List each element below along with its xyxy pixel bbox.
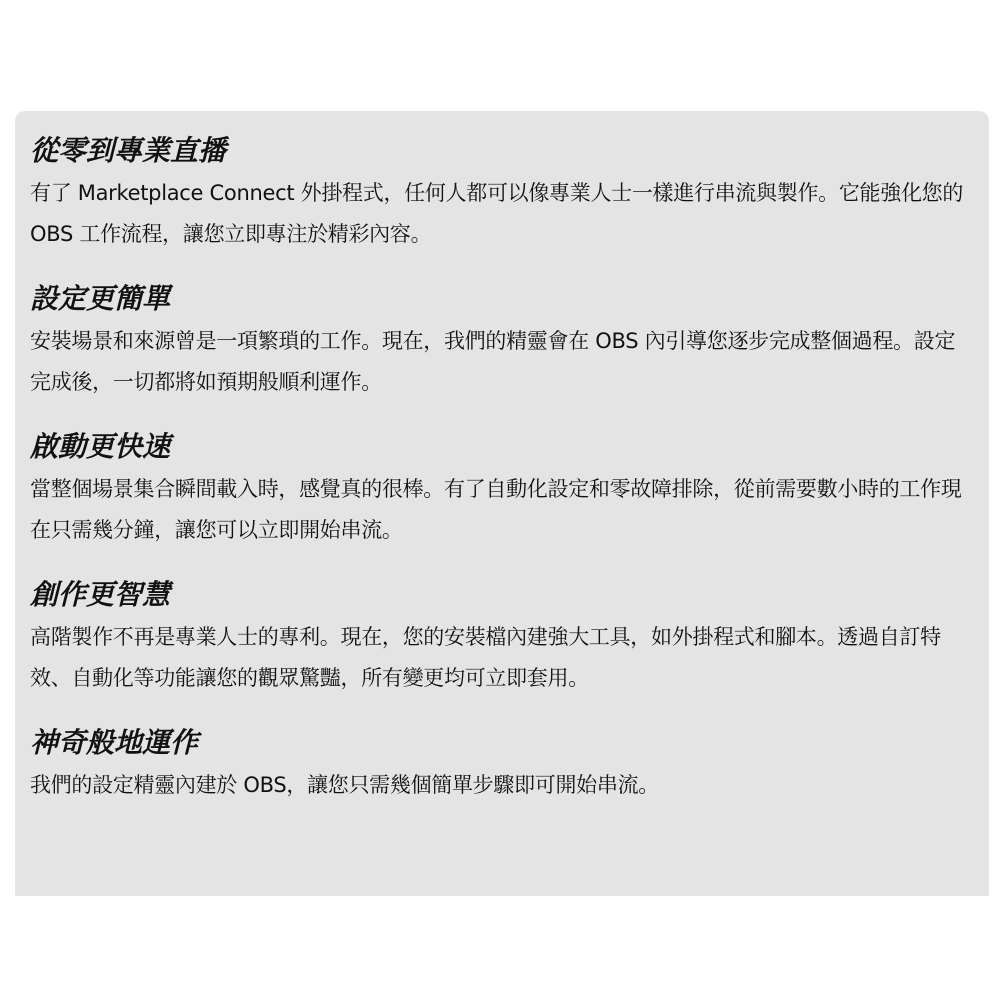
section-body: 我們的設定精靈內建於 OBS，讓您只需幾個簡單步驟即可開始串流。	[30, 765, 971, 806]
feature-section-faster-launch: 啟動更快速 當整個場景集合瞬間載入時，感覺真的很棒。有了自動化設定和零故障排除，…	[30, 425, 971, 551]
section-body: 有了 Marketplace Connect 外掛程式，任何人都可以像專業人士一…	[30, 173, 971, 255]
section-title: 創作更智慧	[30, 573, 971, 617]
feature-section-easier-setup: 設定更簡單 安裝場景和來源曾是一項繁瑣的工作。現在，我們的精靈會在 OBS 內引…	[30, 277, 971, 403]
feature-section-works-like-magic: 神奇般地運作 我們的設定精靈內建於 OBS，讓您只需幾個簡單步驟即可開始串流。	[30, 721, 971, 806]
section-title: 設定更簡單	[30, 277, 971, 321]
section-body: 高階製作不再是專業人士的專利。現在，您的安裝檔內建強大工具，如外掛程式和腳本。透…	[30, 617, 971, 699]
section-title: 從零到專業直播	[30, 129, 971, 173]
feature-section-smarter-creation: 創作更智慧 高階製作不再是專業人士的專利。現在，您的安裝檔內建強大工具，如外掛程…	[30, 573, 971, 699]
section-title: 神奇般地運作	[30, 721, 971, 765]
feature-section-pro-streaming: 從零到專業直播 有了 Marketplace Connect 外掛程式，任何人都…	[30, 129, 971, 255]
section-body: 安裝場景和來源曾是一項繁瑣的工作。現在，我們的精靈會在 OBS 內引導您逐步完成…	[30, 321, 971, 403]
section-title: 啟動更快速	[30, 425, 971, 469]
section-body: 當整個場景集合瞬間載入時，感覺真的很棒。有了自動化設定和零故障排除，從前需要數小…	[30, 469, 971, 551]
feature-panel: 從零到專業直播 有了 Marketplace Connect 外掛程式，任何人都…	[15, 111, 989, 896]
